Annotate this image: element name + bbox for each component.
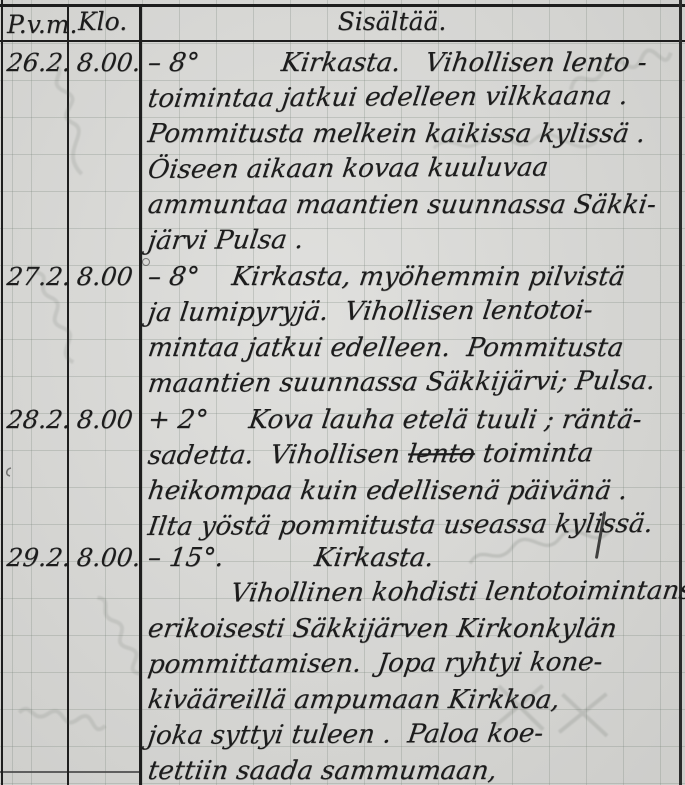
handwritten-line: toimintaa jatkui edelleen vilkkaana . bbox=[146, 78, 685, 117]
handwritten-line: pommittamisen. Jopa ryhtyi kone- bbox=[146, 644, 685, 683]
header-separator-line bbox=[0, 40, 685, 42]
diary-page: P.v.m. Klo. Sisältää. 26.2.8.00.– 8° Kir… bbox=[0, 0, 685, 785]
entry-date: 28.2. bbox=[5, 405, 68, 434]
grid-rule-bottom-left bbox=[0, 771, 140, 773]
entry-time: 8.00 bbox=[75, 405, 140, 434]
handwritten-line: Vihollinen kohdisti lentotoimintansa bbox=[146, 573, 685, 612]
handwritten-line: järvi Pulsa . bbox=[146, 220, 685, 259]
stray-degree-mark bbox=[142, 258, 150, 266]
handwritten-line: Pommitusta melkein kaikissa kylissä . bbox=[146, 117, 685, 153]
column-divider-date-klo bbox=[67, 5, 69, 785]
entry-time: 8.00 bbox=[75, 262, 140, 291]
handwritten-line: erikoisesti Säkkijärven Kirkonkylän bbox=[146, 612, 685, 648]
stray-comma-mark bbox=[3, 463, 13, 482]
handwritten-line: + 2° Kova lauha etelä tuuli ; räntä- bbox=[146, 403, 685, 439]
handwritten-line: heikompaa kuin edellisenä päivänä . bbox=[146, 474, 685, 510]
handwritten-line: – 8° Kirkasta, myöhemmin pilvistä bbox=[146, 260, 685, 296]
bleedthrough-ink bbox=[13, 693, 109, 753]
column-header-date: P.v.m. bbox=[7, 10, 65, 39]
handwritten-line: sadetta. Vihollisen lento toiminta bbox=[146, 435, 685, 474]
struck-word: lento bbox=[406, 439, 477, 469]
handwritten-line: mintaa jatkui edelleen. Pommitusta bbox=[146, 331, 685, 367]
handwritten-line: ammuntaa maantien suunnassa Säkki- bbox=[146, 188, 685, 224]
entry-text: – 8° Kirkasta. Vihollisen lento -toimint… bbox=[148, 46, 685, 259]
entry-time: 8.00. bbox=[75, 543, 140, 572]
column-header-content: Sisältää. bbox=[142, 7, 685, 36]
column-header-time: Klo. bbox=[78, 7, 136, 36]
entry-date: 26.2. bbox=[5, 48, 68, 77]
entry-text: – 15°. Kirkasta. Vihollinen kohdisti len… bbox=[148, 541, 685, 785]
handwritten-line: maantien suunnassa Säkkijärvi; Pulsa. bbox=[146, 363, 685, 402]
handwritten-line: kivääreillä ampumaan Kirkkoa, bbox=[146, 683, 685, 719]
handwritten-line: ja lumipyryjä. Vihollisen lentotoi- bbox=[146, 292, 685, 331]
handwritten-line: tettiin saada sammumaan, bbox=[146, 754, 685, 785]
handwritten-line: – 15°. Kirkasta. bbox=[146, 541, 685, 577]
entry-text: + 2° Kova lauha etelä tuuli ; räntä-sade… bbox=[148, 403, 685, 545]
entry-text: – 8° Kirkasta, myöhemmin pilvistäja lumi… bbox=[148, 260, 685, 402]
entry-date: 29.2. bbox=[5, 543, 68, 572]
entry-date: 27.2. bbox=[5, 262, 68, 291]
handwritten-line: – 8° Kirkasta. Vihollisen lento - bbox=[146, 46, 685, 82]
bleedthrough-ink bbox=[84, 589, 147, 685]
table-border-left bbox=[1, 0, 3, 785]
handwritten-line: Öiseen aikaan kovaa kuuluvaa bbox=[146, 149, 685, 188]
handwritten-line: joka syttyi tuleen . Paloa koe- bbox=[146, 715, 685, 754]
column-divider-klo-content bbox=[139, 5, 142, 785]
entry-time: 8.00. bbox=[75, 48, 140, 77]
